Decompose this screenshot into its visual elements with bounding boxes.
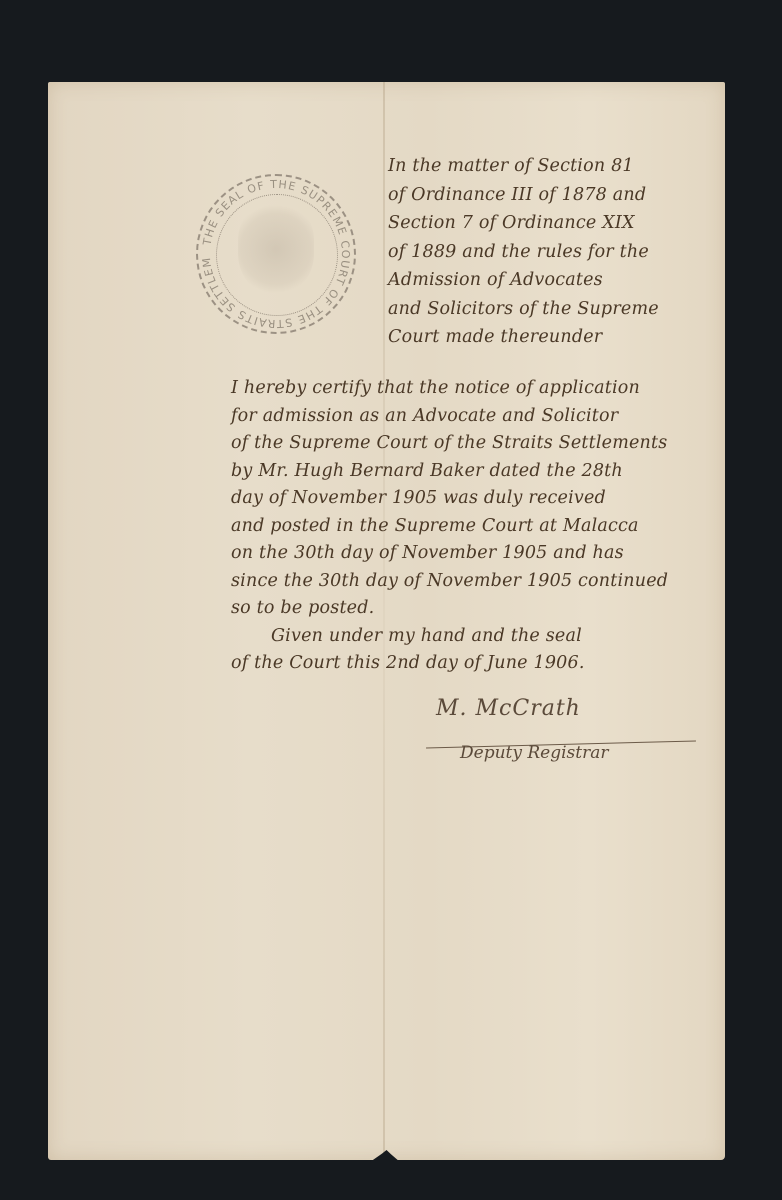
body-line: on the 30th day of November 1905 and has (231, 540, 721, 568)
caption-line: In the matter of Section 81 (388, 152, 718, 181)
caption-line: of 1889 and the rules for the (388, 238, 718, 267)
caption-line: and Solicitors of the Supreme (388, 295, 718, 324)
signature-name: M. McCrath (426, 696, 706, 721)
court-seal-icon: THE SEAL OF THE SUPREME COURT OF THE STR… (196, 174, 356, 334)
caption-line: Section 7 of Ordinance XIX (388, 209, 718, 238)
coat-of-arms-icon (238, 204, 314, 294)
closing-line: of the Court this 2nd day of June 1906. (231, 650, 721, 678)
body-line: of the Supreme Court of the Straits Sett… (231, 430, 721, 458)
caption-line: of Ordinance III of 1878 and (388, 181, 718, 210)
body-line: so to be posted. (231, 595, 721, 623)
caption-block: In the matter of Section 81 of Ordinance… (388, 152, 718, 352)
body-line: by Mr. Hugh Bernard Baker dated the 28th (231, 458, 721, 486)
signature-block: M. McCrath Deputy Registrar (426, 696, 706, 749)
caption-line: Admission of Advocates (388, 266, 718, 295)
body-line: for admission as an Advocate and Solicit… (231, 403, 721, 431)
document-page: THE SEAL OF THE SUPREME COURT OF THE STR… (48, 82, 725, 1160)
body-line: day of November 1905 was duly received (231, 485, 721, 513)
closing-line: Given under my hand and the seal (231, 623, 721, 651)
certificate-body: I hereby certify that the notice of appl… (231, 375, 721, 678)
body-line: I hereby certify that the notice of appl… (231, 375, 721, 403)
body-line: since the 30th day of November 1905 cont… (231, 568, 721, 596)
body-line: and posted in the Supreme Court at Malac… (231, 513, 721, 541)
paper-tear (370, 1150, 400, 1162)
caption-line: Court made thereunder (388, 323, 718, 352)
signature-title: Deputy Registrar (426, 741, 706, 763)
